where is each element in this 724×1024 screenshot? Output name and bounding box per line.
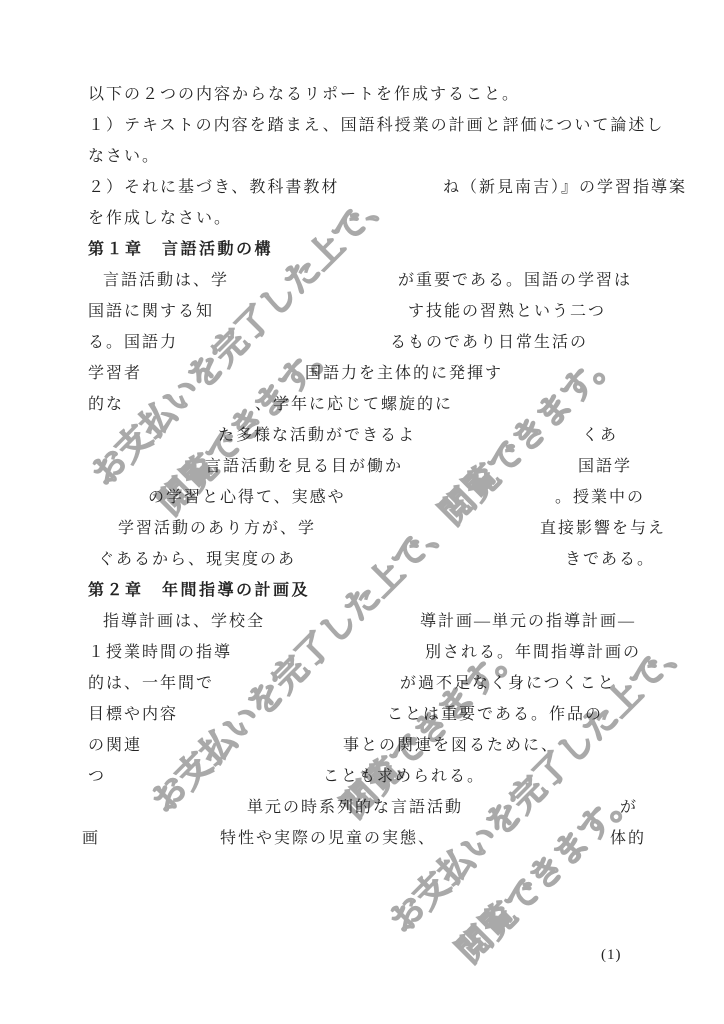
doc-text-segment: １）テキストの内容を踏まえ、国語科授業の計画と評価について論述し bbox=[88, 114, 664, 138]
doc-text-segment: 的な bbox=[88, 393, 124, 417]
doc-text-segment: ことも求められる。 bbox=[323, 765, 485, 789]
doc-text-segment: の学習と心得て、実感や bbox=[148, 486, 346, 510]
doc-text-segment: るものであり日常生活の bbox=[390, 331, 588, 355]
doc-text-segment: 指導計画は、学校全 bbox=[103, 610, 265, 634]
doc-text-segment: が重要である。国語の学習は bbox=[398, 269, 632, 293]
doc-text-segment: 的は、一年間で bbox=[88, 672, 214, 696]
doc-text-segment: つ bbox=[88, 765, 106, 789]
doc-text-segment: が bbox=[620, 796, 638, 820]
doc-text-segment: の関連 bbox=[88, 734, 142, 758]
doc-text-segment: 国語力を主体的に発揮す bbox=[305, 362, 503, 386]
doc-text-segment: ぐあるから、現実度のあ bbox=[98, 548, 296, 572]
doc-text-segment: 言語活動を見る目が働か bbox=[205, 455, 403, 479]
doc-text-segment: が過不足なく身につくこと bbox=[400, 672, 616, 696]
chapter-heading: 第１章 言語活動の構 bbox=[88, 238, 273, 262]
doc-text-segment: 目標や内容 bbox=[88, 703, 178, 727]
doc-text-segment: 言語活動は、学 bbox=[103, 269, 229, 293]
doc-text-segment: る。国語力 bbox=[88, 331, 178, 355]
doc-text-segment: なさい。 bbox=[88, 145, 160, 169]
doc-text-segment: を作成しなさい。 bbox=[88, 207, 232, 231]
doc-text-segment: 単元の時系列的な言語活動 bbox=[247, 796, 463, 820]
doc-text-segment: くあ bbox=[582, 424, 618, 448]
doc-text-segment: 画 bbox=[82, 827, 100, 851]
doc-text-segment: 別される。年間指導計画の bbox=[425, 641, 641, 665]
doc-text-segment: 国語学 bbox=[578, 455, 632, 479]
doc-text-segment: 体的 bbox=[610, 827, 646, 851]
doc-text-segment: 国語に関する知 bbox=[88, 300, 214, 324]
doc-text-segment: 導計画―単元の指導計画― bbox=[420, 610, 636, 634]
doc-text-segment: ね（新見南吉）』の学習指導案 bbox=[443, 176, 687, 200]
doc-text-segment: 直接影響を与え bbox=[540, 517, 666, 541]
doc-text-segment: 学習活動のあり方が、学 bbox=[118, 517, 316, 541]
doc-text-segment: す技能の習熟という二つ bbox=[408, 300, 606, 324]
doc-text-segment: 。授業中の bbox=[555, 486, 645, 510]
doc-text-segment: ことは重要である。作品の bbox=[387, 703, 603, 727]
page-number: (1) bbox=[601, 947, 622, 964]
doc-text-segment: 以下の２つの内容からなるリポートを作成すること。 bbox=[88, 83, 520, 107]
doc-text-segment: 事との関連を図るために、 bbox=[343, 734, 559, 758]
doc-text-segment: １授業時間の指導 bbox=[88, 641, 232, 665]
doc-text-segment: きである。 bbox=[565, 548, 655, 572]
document-text-layer: 以下の２つの内容からなるリポートを作成すること。１）テキストの内容を踏まえ、国語… bbox=[0, 0, 724, 1024]
doc-text-segment: 学習者 bbox=[88, 362, 142, 386]
doc-text-segment: 、学年に応じて螺旋的に bbox=[255, 393, 453, 417]
document-page: お支払いを完了した上で、閲覧できます。お支払いを完了した上で、閲覧できます。閲覧… bbox=[0, 0, 724, 1024]
doc-text-segment: 特性や実際の児童の実態、 bbox=[220, 827, 436, 851]
doc-text-segment: た多様な活動ができるよ bbox=[218, 424, 416, 448]
chapter-heading: 第２章 年間指導の計画及 bbox=[88, 579, 310, 603]
doc-text-segment: ２）それに基づき、教科書教材 bbox=[88, 176, 339, 200]
